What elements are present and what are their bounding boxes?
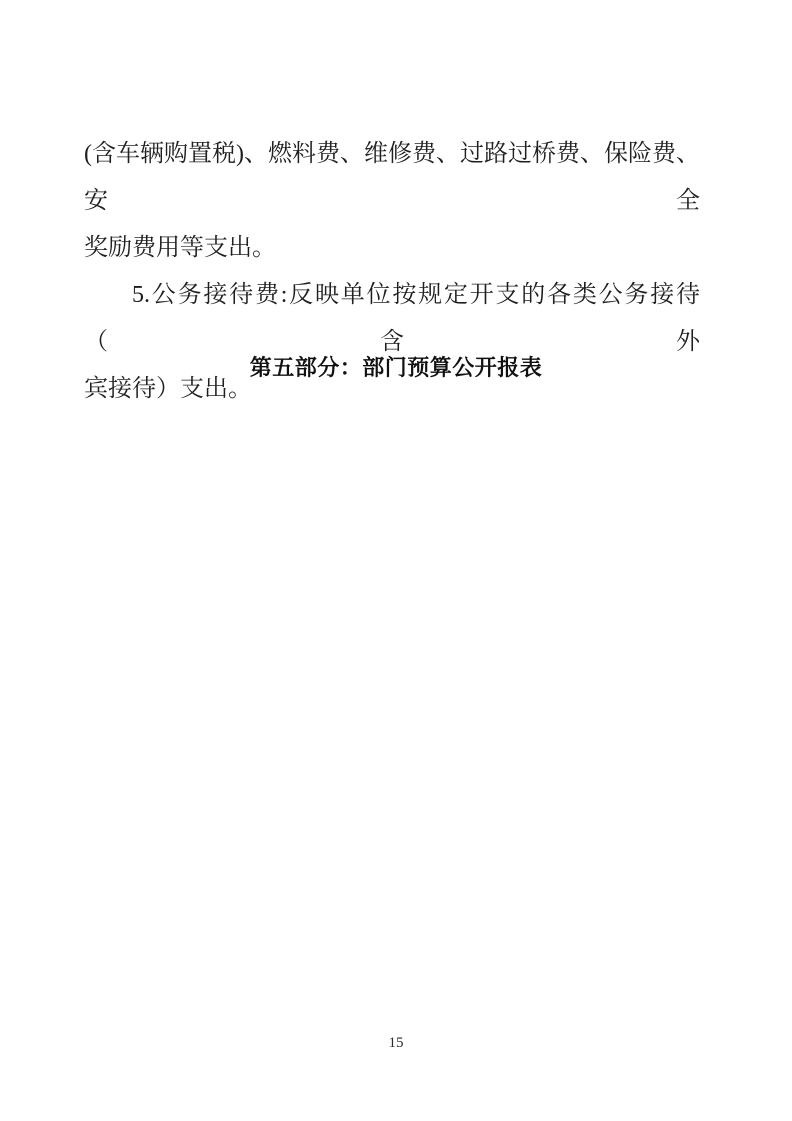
paragraph-1-line-2: 奖励费用等支出。 (84, 225, 700, 272)
page-number: 15 (0, 1034, 792, 1052)
section-heading: 第五部分：部门预算公开报表 (0, 352, 792, 383)
document-page: (含车辆购置税)、燃料费、维修费、过路过桥费、保险费、安全 奖励费用等支出。 5… (0, 0, 792, 1121)
paragraph-1-line-1: (含车辆购置税)、燃料费、维修费、过路过桥费、保险费、安全 (84, 131, 700, 225)
